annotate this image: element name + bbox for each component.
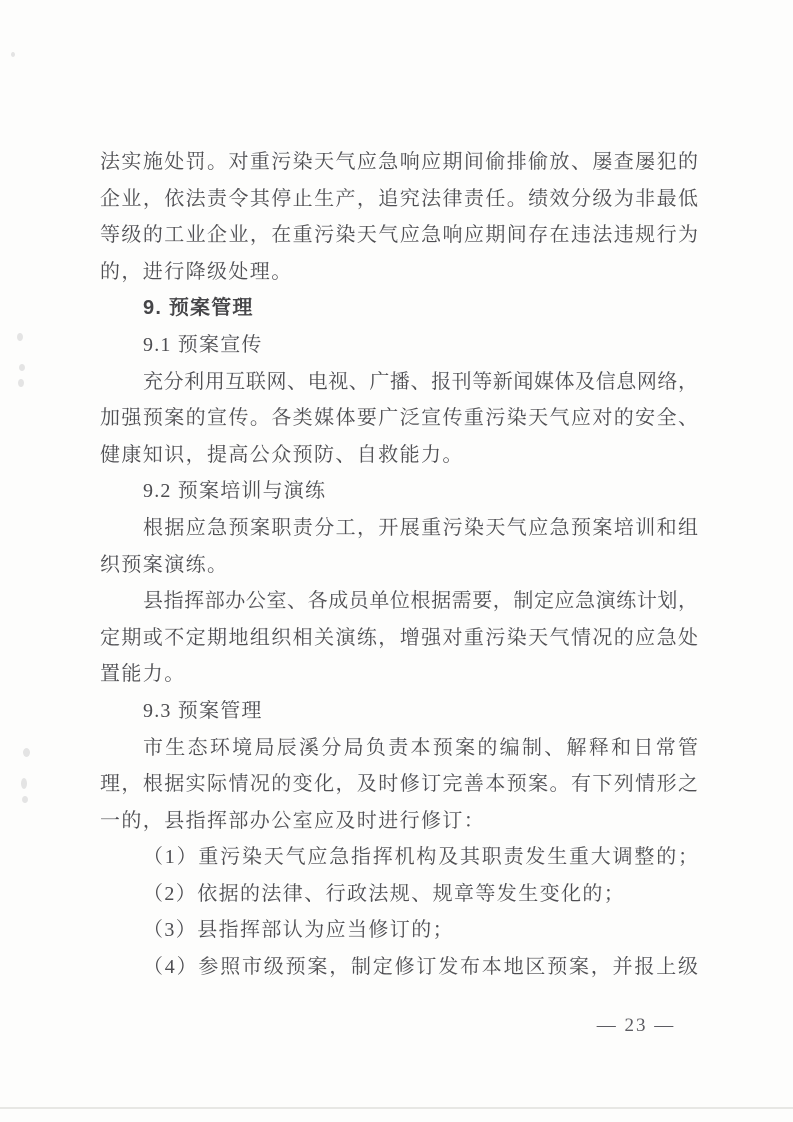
scan-speck xyxy=(21,778,27,789)
body-line: 企业，依法责令其停止生产，追究法律责任。绩效分级为非最低 xyxy=(100,181,698,218)
body-line: 健康知识，提高公众预防、自救能力。 xyxy=(100,437,698,474)
document-body: 法实施处罚。对重污染天气应急响应期间偷排偷放、屡查屡犯的 企业，依法责令其停止生… xyxy=(100,144,698,986)
subsection-heading: 9.2 预案培训与演练 xyxy=(100,473,698,510)
list-item: （2）依据的法律、行政法规、规章等发生变化的； xyxy=(100,876,698,913)
scan-edge-line xyxy=(0,1107,793,1109)
body-line: 县指挥部办公室、各成员单位根据需要，制定应急演练计划， xyxy=(100,583,698,620)
scan-speck xyxy=(18,379,24,387)
body-line: 定期或不定期地组织相关演练，增强对重污染天气情况的应急处 xyxy=(100,620,698,657)
body-line: 置能力。 xyxy=(100,656,698,693)
body-line: 理，根据实际情况的变化，及时修订完善本预案。有下列情形之 xyxy=(100,766,698,803)
subsection-heading: 9.3 预案管理 xyxy=(100,693,698,730)
body-line: 织预案演练。 xyxy=(100,547,698,584)
scan-speck xyxy=(17,333,23,341)
list-item: （4）参照市级预案，制定修订发布本地区预案，并报上级 xyxy=(100,949,698,986)
list-item: （3）县指挥部认为应当修订的； xyxy=(100,912,698,949)
scan-speck xyxy=(23,748,30,757)
body-line: 一的，县指挥部办公室应及时进行修订： xyxy=(100,803,698,840)
scan-speck xyxy=(22,796,28,803)
body-line: 法实施处罚。对重污染天气应急响应期间偷排偷放、屡查屡犯的 xyxy=(100,144,698,181)
list-item: （1）重污染天气应急指挥机构及其职责发生重大调整的； xyxy=(100,839,698,876)
document-page: 法实施处罚。对重污染天气应急响应期间偷排偷放、屡查屡犯的 企业，依法责令其停止生… xyxy=(0,0,793,1122)
scan-speck xyxy=(11,52,15,57)
body-line: 充分利用互联网、电视、广播、报刊等新闻媒体及信息网络， xyxy=(100,364,698,401)
body-line: 市生态环境局辰溪分局负责本预案的编制、解释和日常管 xyxy=(100,730,698,767)
body-line: 根据应急预案职责分工，开展重污染天气应急预案培训和组 xyxy=(100,510,698,547)
page-number: — 23 — xyxy=(586,1012,686,1040)
scan-speck xyxy=(19,364,25,371)
section-heading: 9. 预案管理 xyxy=(100,290,698,327)
subsection-heading: 9.1 预案宣传 xyxy=(100,327,698,364)
body-line: 的，进行降级处理。 xyxy=(100,254,698,291)
body-line: 加强预案的宣传。各类媒体要广泛宣传重污染天气应对的安全、 xyxy=(100,400,698,437)
body-line: 等级的工业企业，在重污染天气应急响应期间存在违法违规行为 xyxy=(100,217,698,254)
